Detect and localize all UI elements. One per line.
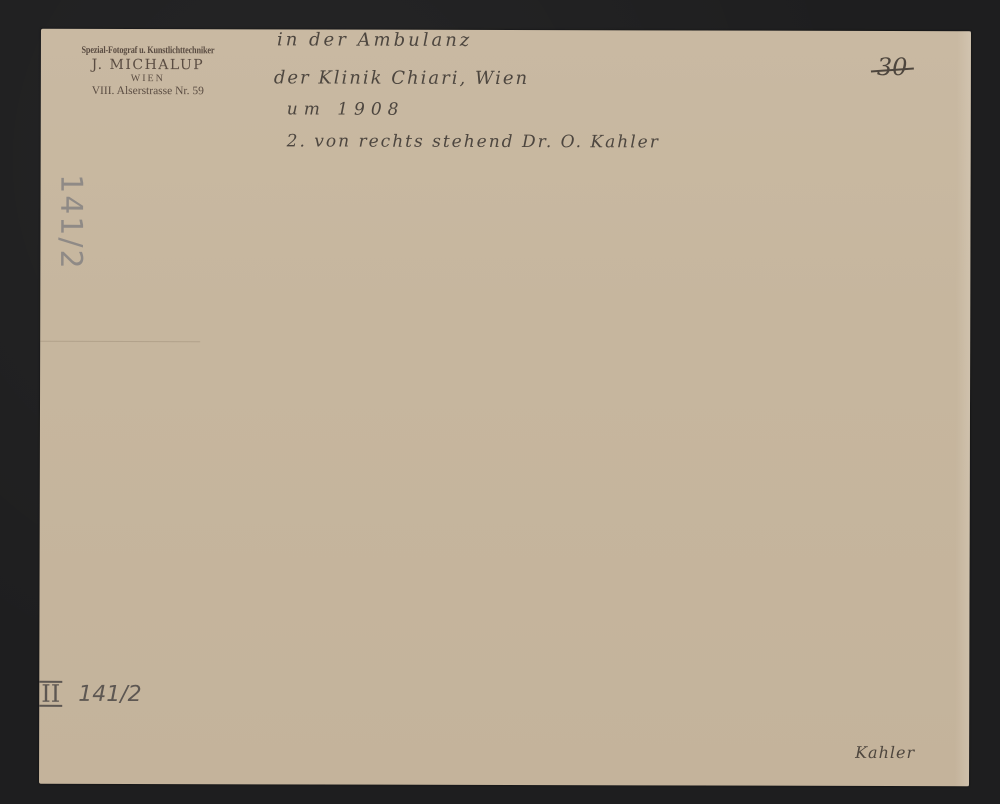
vertical-inventory-number-text: 141/2	[53, 174, 88, 271]
stamp-line-address: VIII. Alserstrasse Nr. 59	[63, 85, 233, 97]
archive-roman-numeral: II	[39, 681, 62, 707]
vertical-inventory-number: 141/2	[40, 157, 100, 287]
photo-back-card: Spezial-Fotograf u. Kunstlichttechniker …	[39, 29, 971, 786]
stamp-line-profession: Spezial-Fotograf u. Kunstlichttechniker	[78, 45, 217, 56]
handwritten-line-3: um 1908	[287, 99, 405, 119]
paper-crease	[40, 341, 200, 342]
photographer-stamp: Spezial-Fotograf u. Kunstlichttechniker …	[63, 45, 233, 97]
handwritten-line-1: in der Ambulanz	[277, 29, 472, 51]
crossed-out-number: 30	[877, 53, 908, 81]
handwritten-line-4: 2. von rechts stehend Dr. O. Kahler	[287, 131, 660, 152]
stamp-line-name: J. MICHALUP	[63, 57, 233, 73]
archive-reference: II 141/2	[39, 681, 141, 707]
stamp-line-city: WIEN	[63, 73, 233, 84]
archive-number: 141/2	[78, 681, 141, 706]
bottom-right-name: Kahler	[855, 743, 915, 762]
handwritten-line-2: der Klinik Chiari, Wien	[274, 67, 529, 89]
